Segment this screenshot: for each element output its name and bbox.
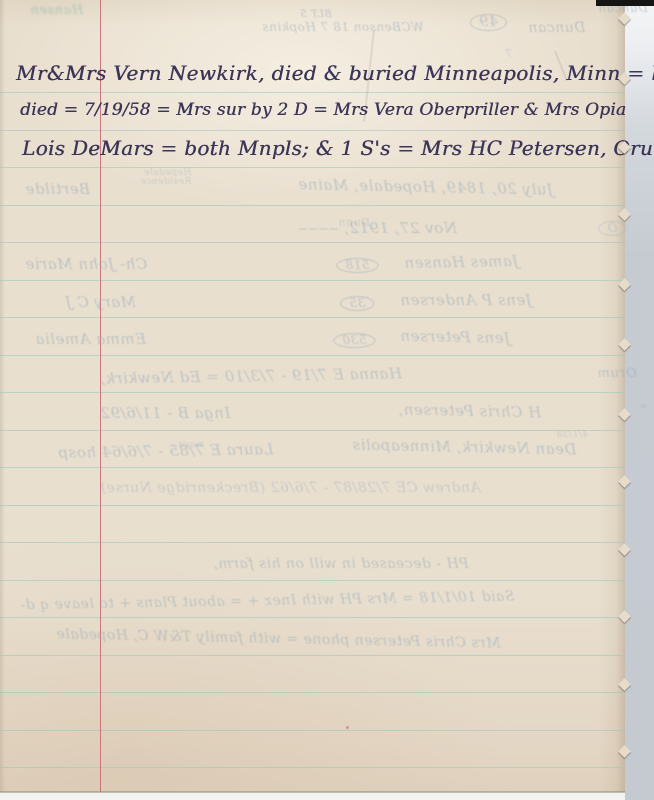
handwritten-line: Mr&Mrs Vern Newkirk, died & buried Minne… (16, 61, 654, 85)
bleedthrough-text: Ch- John Marie (25, 257, 147, 273)
bleedthrough-text: Bertilde (25, 182, 90, 198)
bleedthrough-text: Inga B - 11/6/92 (100, 406, 230, 422)
handwritten-line: died = 7/19/58 = Mrs sur by 2 D = Mrs Ve… (20, 100, 626, 120)
bleedthrough-circled-number: 518 (336, 258, 378, 273)
ruled-line (0, 92, 625, 93)
bleedthrough-text: Nov 27, 1912, ‒‒‒‒ (298, 221, 457, 237)
ruled-line (0, 767, 625, 768)
ruled-line (0, 580, 625, 581)
bleedthrough-text: Jens P Andersen (400, 293, 532, 309)
bleedthrough-text: 4/1/38 (556, 431, 588, 440)
bleedthrough-text: James Hansen (404, 254, 519, 272)
bleedthrough-circled-letter: O (598, 221, 626, 236)
ruled-line (0, 280, 625, 281)
bleedthrough-circled-number: 49 (470, 14, 507, 31)
bleedthrough-text: H Chris Petersen, (398, 403, 542, 422)
scanned-notebook-page: Hansen BLT 5 WCBenson 18 7 Hopkins 49 Du… (0, 0, 654, 800)
ruled-line (0, 655, 625, 656)
ruled-line (0, 430, 625, 431)
bleedthrough-circled-number: 35 (340, 296, 374, 311)
bleedthrough-text: Jens Petersen (400, 329, 510, 347)
bleedthrough-text: PH - deceased in will on his farm, (213, 557, 469, 572)
bleedthrough-text: Mary C J (65, 295, 136, 311)
ruled-line (0, 505, 625, 506)
ruled-line (0, 692, 625, 693)
ruled-line (0, 242, 625, 243)
red-ink-speck (346, 726, 349, 729)
bleedthrough-text: 7 (505, 48, 513, 60)
ruled-line (0, 130, 625, 131)
bleedthrough-text: WCBenson 18 7 Hopkins (262, 21, 424, 34)
handwritten-line: Lois DeMars = both Mnpls; & 1 S's = Mrs … (22, 136, 654, 160)
ruled-line (0, 392, 625, 393)
ruled-line (0, 467, 625, 468)
bleedthrough-text: Andrew CE 7/28/87 - 7/6/62 (Breckenridge… (100, 481, 481, 496)
bleedthrough-text: " (640, 404, 646, 418)
ruled-line (0, 542, 625, 543)
bleedthrough-text: Hansen (30, 4, 83, 18)
bleedthrough-text: Orum (597, 367, 637, 381)
ruled-line (0, 617, 625, 618)
ruled-line (0, 355, 625, 356)
scanner-background-right (625, 0, 654, 800)
bleedthrough-text: Hopedale Residence (140, 169, 191, 188)
page-bottom-edge-shadow (0, 791, 625, 793)
ruled-line (0, 317, 625, 318)
scanner-gap-top-right (596, 0, 654, 6)
bleedthrough-circled-number: 530 (333, 333, 375, 348)
ruled-line (0, 730, 625, 731)
bleedthrough-text: Emma Amelia (35, 332, 146, 348)
ruled-line (0, 205, 625, 206)
scanner-background-bottom (0, 793, 625, 800)
bleedthrough-text: Duncan (528, 21, 585, 36)
ruled-line (0, 167, 625, 168)
bleedthrough-text: BLT 5 (300, 10, 332, 21)
